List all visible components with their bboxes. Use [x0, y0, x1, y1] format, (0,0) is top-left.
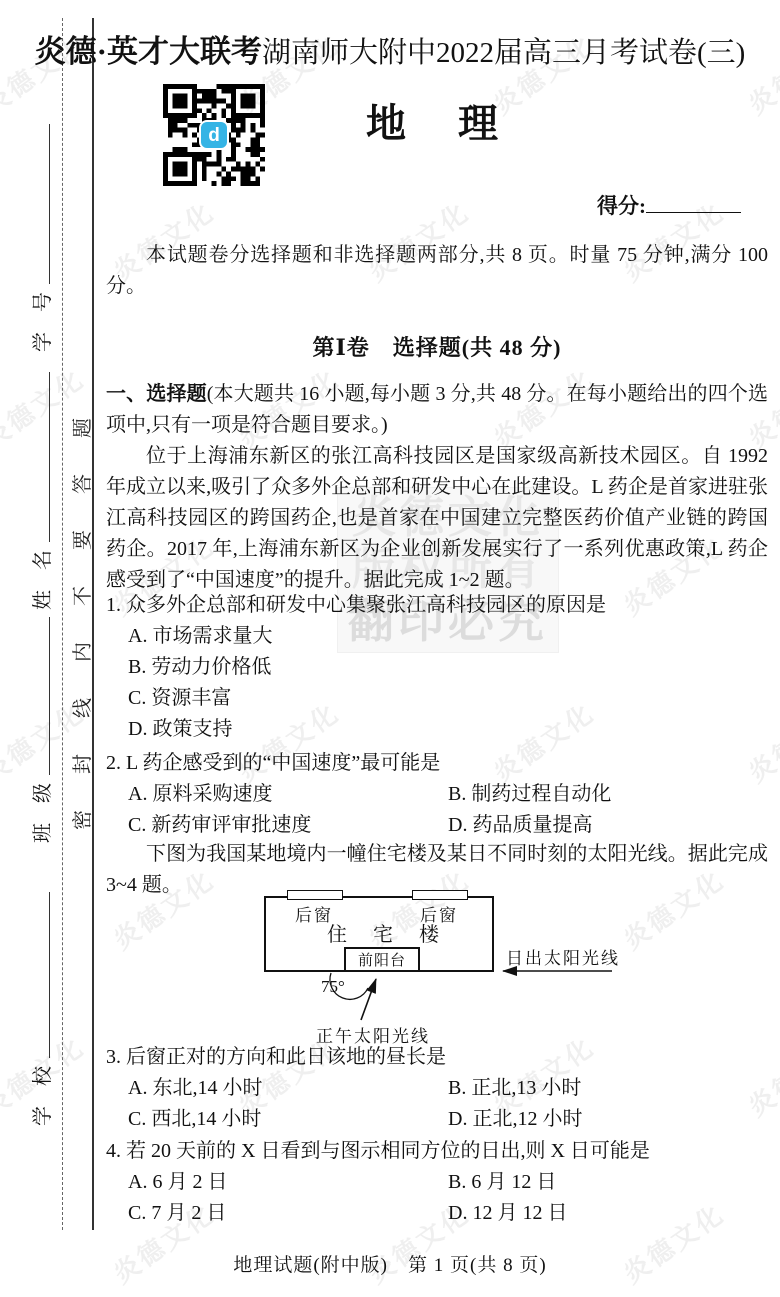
rear-window-left	[287, 890, 343, 900]
qr-logo: d	[199, 120, 229, 150]
building-label: 住宅楼	[327, 918, 465, 947]
passage-1: 位于上海浦东新区的张江高科技园区是国家级高新技术园区。自 1992 年成立以来,…	[106, 441, 768, 596]
q2-option-b: B. 制药过程自动化	[448, 779, 768, 810]
q1-option-a: A. 市场需求量大	[106, 621, 768, 652]
noon-ray-label: 正午太阳光线	[316, 1022, 430, 1047]
q4-option-d: D. 12 月 12 日	[448, 1198, 768, 1229]
section-instruction: 一、选择题(本大题共 16 小题,每小题 3 分,共 48 分。在每小题给出的四…	[106, 379, 768, 441]
balcony-box: 前阳台	[344, 947, 420, 972]
exam-content: 炎德·英才大联考湖南师大附中2022届高三月考试卷(三) d 地 理 得分: 本…	[0, 0, 780, 1297]
balcony-label: 前阳台	[358, 949, 406, 970]
question-2-text: 2. L 药企感受到的“中国速度”最可能是	[106, 748, 768, 779]
page-footer: 地理试题(附中版) 第 1 页(共 8 页)	[0, 1250, 780, 1277]
exam-intro: 本试题卷分选择题和非选择题两部分,共 8 页。时量 75 分钟,满分 100 分…	[106, 240, 768, 302]
question-1: 1. 众多外企总部和研发中心集聚张江高科技园区的原因是 A. 市场需求量大 B.…	[106, 590, 768, 745]
q4-option-b: B. 6 月 12 日	[448, 1167, 768, 1198]
q2-option-a: A. 原料采购速度	[128, 779, 448, 810]
q2-option-d: D. 药品质量提高	[448, 810, 768, 841]
q3-option-a: A. 东北,14 小时	[128, 1073, 448, 1104]
exam-title: 炎德·英才大联考湖南师大附中2022届高三月考试卷(三)	[0, 26, 780, 71]
q1-option-b: B. 劳动力价格低	[106, 652, 768, 683]
qr-logo-letter: d	[208, 126, 220, 145]
score-box: 得分:	[597, 190, 741, 220]
question-2: 2. L 药企感受到的“中国速度”最可能是 A. 原料采购速度 B. 制药过程自…	[106, 748, 768, 841]
subject-title: 地 理	[240, 92, 630, 149]
building-diagram: 后窗 后窗 住宅楼 前阳台 75° 正午太阳光线 日出太阳光线	[0, 886, 780, 1061]
angle-label: 75°	[321, 977, 345, 997]
section-title: 第Ⅰ卷 选择题(共 48 分)	[106, 331, 768, 362]
q1-option-d: D. 政策支持	[106, 714, 768, 745]
question-4: 4. 若 20 天前的 X 日看到与图示相同方位的日出,则 X 日可能是 A. …	[106, 1136, 768, 1229]
question-4-text: 4. 若 20 天前的 X 日看到与图示相同方位的日出,则 X 日可能是	[106, 1136, 768, 1167]
exam-title-rest: 湖南师大附中2022届高三月考试卷(三)	[262, 37, 745, 69]
q4-option-a: A. 6 月 2 日	[128, 1167, 448, 1198]
brand-name: 炎德·英才大联考	[35, 34, 262, 69]
q3-option-b: B. 正北,13 小时	[448, 1073, 768, 1104]
q3-option-c: C. 西北,14 小时	[128, 1104, 448, 1135]
q3-option-d: D. 正北,12 小时	[448, 1104, 768, 1135]
noon-ray-arrow	[361, 979, 376, 1020]
instruction-lead: 一、选择题	[106, 383, 207, 405]
q1-option-c: C. 资源丰富	[106, 683, 768, 714]
question-1-text: 1. 众多外企总部和研发中心集聚张江高科技园区的原因是	[106, 590, 768, 621]
exam-page: 炎德文化炎德文化炎德文化炎德文化炎德文化炎德文化炎德文化炎德文化炎德文化炎德文化…	[0, 0, 780, 1297]
score-blank-line	[646, 192, 741, 213]
q2-option-c: C. 新药审评审批速度	[128, 810, 448, 841]
sunrise-ray-label: 日出太阳光线	[506, 944, 620, 969]
rear-window-right	[412, 890, 468, 900]
score-label: 得分:	[597, 194, 646, 218]
q4-option-c: C. 7 月 2 日	[128, 1198, 448, 1229]
